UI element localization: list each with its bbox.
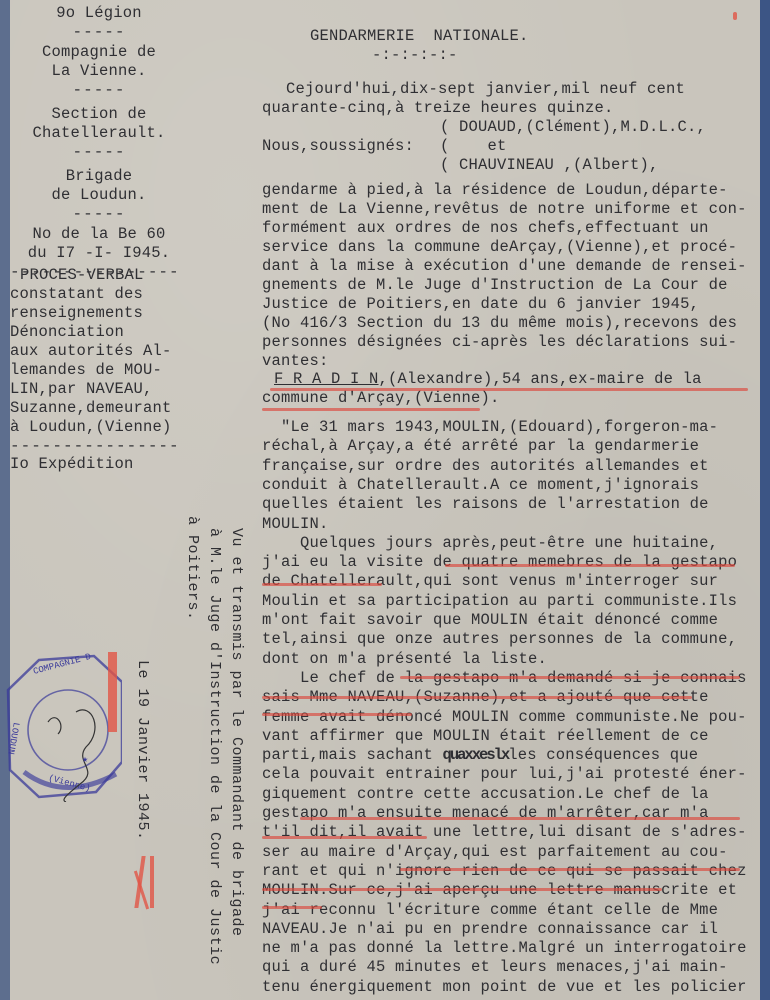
body-line: Justice de Poitiers,en date du 6 janvier… xyxy=(262,295,699,314)
declaration-line: quelles étaient les raisons de l'arresta… xyxy=(262,495,709,514)
red-underline xyxy=(400,868,740,871)
scan-border-left xyxy=(0,0,10,1000)
red-underline xyxy=(270,388,748,391)
declaration-line: Moulin et sa participation au parti comm… xyxy=(262,592,737,611)
declaration-line: j'ai reconnu l'écriture comme étant cell… xyxy=(262,901,718,920)
declaration-line: MOULIN. xyxy=(262,515,329,534)
red-underline xyxy=(300,817,740,820)
red-underline xyxy=(262,408,480,411)
body-line: gnements de M.le Juge d'Instruction de L… xyxy=(262,276,728,295)
declaration-line: Quelques jours après,peut-être une huita… xyxy=(262,534,718,553)
red-underline xyxy=(400,676,740,679)
declaration-line: qui a duré 45 minutes et leurs menaces,j… xyxy=(262,958,728,977)
pv-title: PROCES-VERBAL xyxy=(10,266,200,285)
separator-long: ---------------- xyxy=(10,437,200,455)
declaration-line: réchal,à Arçay,a été arrêté par la genda… xyxy=(262,437,699,456)
declaration-line: "Le 31 mars 1943,MOULIN,(Edouard),forger… xyxy=(262,418,718,437)
pv-line: constatant des xyxy=(10,285,200,304)
header-left-column: 9o Légion ----- Compagnie de La Vienne. … xyxy=(10,4,188,281)
declaration-line: giquement contre cette accusation.Le che… xyxy=(262,785,709,804)
witness-details: ,(Alexandre),54 ans,ex-maire de la xyxy=(379,370,702,388)
witness-line-1: F R A D I N,(Alexandre),54 ans,ex-maire … xyxy=(262,370,702,389)
declaration-line-rest: les conséquences que xyxy=(508,746,698,764)
proces-verbal-summary: PROCES-VERBAL constatant des renseigneme… xyxy=(10,266,200,474)
declaration-line: gestapo m'a ensuite menacé de m'arrêter,… xyxy=(262,804,709,823)
declaration-line: ne m'a pas donné la lettre.Malgré un int… xyxy=(262,939,747,958)
section-line-2: Chatellerault. xyxy=(10,124,188,143)
numero-line-2: du I7 -I- I945. xyxy=(10,244,188,263)
red-dot xyxy=(733,12,737,20)
body-line: gendarme à pied,à la résidence de Loudun… xyxy=(262,181,728,200)
declaration-line: m'ont fait savoir que MOULIN était dénon… xyxy=(262,611,718,630)
declaration-line: j'ai eu la visite de quatre memebres de … xyxy=(262,553,737,572)
stamp-text-top: COMPAGNIE D xyxy=(32,652,92,677)
declaration-line: ser au maire d'Arçay,qui est parfaitemen… xyxy=(262,843,728,862)
body-line: dant à la mise à exécution d'une demande… xyxy=(262,257,747,276)
declaration-line: dont on m'a présenté la liste. xyxy=(262,650,547,669)
compagnie-line-1: Compagnie de xyxy=(10,43,188,62)
declaration-line: femme avait dénoncé MOULIN comme communi… xyxy=(262,708,747,727)
body-line: service dans la commune deArçay,(Vienne)… xyxy=(262,238,737,257)
declaration-line: t'il dit,il avait une lettre,lui disant … xyxy=(262,823,747,842)
title-ornament: -:-:-:-:- xyxy=(372,46,458,65)
brigade-line-1: Brigade xyxy=(10,167,188,186)
declaration-line: NAVEAU.Je n'ai pu en prendre connaissanc… xyxy=(262,920,718,939)
witness-line-2: commune d'Arçay,(Vienne). xyxy=(262,389,500,408)
red-underline xyxy=(262,906,322,909)
section-line-1: Section de xyxy=(10,105,188,124)
soussignes-label: Nous,soussignés: xyxy=(262,137,414,156)
brigade-stamp: COMPAGNIE D LOUDUN (Vienne) ★ xyxy=(4,652,122,802)
red-underline xyxy=(262,713,412,716)
red-underline xyxy=(262,836,427,839)
body-line: ment de La Vienne,revêtus de notre unifo… xyxy=(262,200,747,219)
signatory-and: ( et xyxy=(440,137,507,156)
stamp-text-bottom: (Vienne) xyxy=(47,773,91,794)
signatory-2: ( CHAUVINEAU ,(Albert), xyxy=(440,156,659,175)
body-line: vantes: xyxy=(262,352,329,371)
witness-name: F R A D I N xyxy=(274,370,379,388)
signatory-1: ( DOUAUD,(Clément),M.D.L.C., xyxy=(440,118,706,137)
compagnie-line-2: La Vienne. xyxy=(10,62,188,81)
declaration-line: française,sur ordre des autorités allema… xyxy=(262,457,709,476)
pv-line: Dénonciation xyxy=(10,323,200,342)
declaration-line: cela pouvait entrainer pour lui,j'ai pro… xyxy=(262,765,747,784)
pv-line: aux autorités Al- xyxy=(10,342,200,361)
declaration-line: parti,mais sachant quaxxeslxles conséque… xyxy=(262,746,698,765)
numero-line-1: No de la Be 60 xyxy=(10,225,188,244)
separator: ----- xyxy=(10,143,188,161)
expedition-label: Io Expédition xyxy=(10,455,200,474)
red-underline xyxy=(262,696,692,699)
red-pencil-mark xyxy=(108,652,117,732)
intro-line-2: quarante-cinq,à treize heures quinze. xyxy=(262,99,614,118)
separator: ----- xyxy=(10,205,188,223)
margin-note-date: Le 19 Janvier 1945. xyxy=(132,660,153,841)
pv-line: à Loudun,(Vienne) xyxy=(10,418,200,437)
stamp-star-icon: ★ xyxy=(82,755,88,766)
declaration-line: vant affirmer que MOULIN était réellemen… xyxy=(262,727,709,746)
red-underline xyxy=(262,888,662,891)
legion: 9o Légion xyxy=(10,4,188,23)
document-title: GENDARMERIE NATIONALE. xyxy=(310,27,529,46)
pv-line: lemandes de MOU- xyxy=(10,361,200,380)
margin-note-line-3: à Poitiers. xyxy=(182,516,203,621)
struck-out-text: quaxxeslx xyxy=(443,746,509,764)
separator: ----- xyxy=(10,23,188,41)
margin-note-line-1: Vu et transmis par le Commandant de brig… xyxy=(226,528,247,937)
declaration-line: tenu énergiquement mon point de vue et l… xyxy=(262,978,747,997)
pv-line: Suzanne,demeurant xyxy=(10,399,200,418)
pv-line: LIN,par NAVEAU, xyxy=(10,380,200,399)
declaration-line: rant et qui n'ignore rien de ce qui se p… xyxy=(262,862,747,881)
declaration-line: conduit à Chatellerault.A ce moment,j'ig… xyxy=(262,476,699,495)
red-underline xyxy=(262,583,382,586)
separator: ----- xyxy=(10,81,188,99)
declaration-line-start: parti,mais sachant xyxy=(262,746,443,764)
body-line: personnes désignées ci-après les déclara… xyxy=(262,333,737,352)
margin-note-line-2: à M.le Juge d'Instruction de la Cour de … xyxy=(204,528,225,965)
brigade-line-2: de Loudun. xyxy=(10,186,188,205)
body-line: formément aux ordres de nos chefs,effect… xyxy=(262,219,709,238)
intro-line-1: Cejourd'hui,dix-sept janvier,mil neuf ce… xyxy=(262,80,685,99)
red-underline xyxy=(445,564,735,567)
red-pencil-z-mark xyxy=(150,856,154,908)
scan-border-right xyxy=(760,0,770,1000)
body-line: (No 416/3 Section du 13 du même mois),re… xyxy=(262,314,737,333)
pv-line: renseignements xyxy=(10,304,200,323)
declaration-line: de Chatellerault,qui sont venus m'interr… xyxy=(262,572,718,591)
declaration-line: tel,ainsi que onze autres personnes de l… xyxy=(262,630,737,649)
